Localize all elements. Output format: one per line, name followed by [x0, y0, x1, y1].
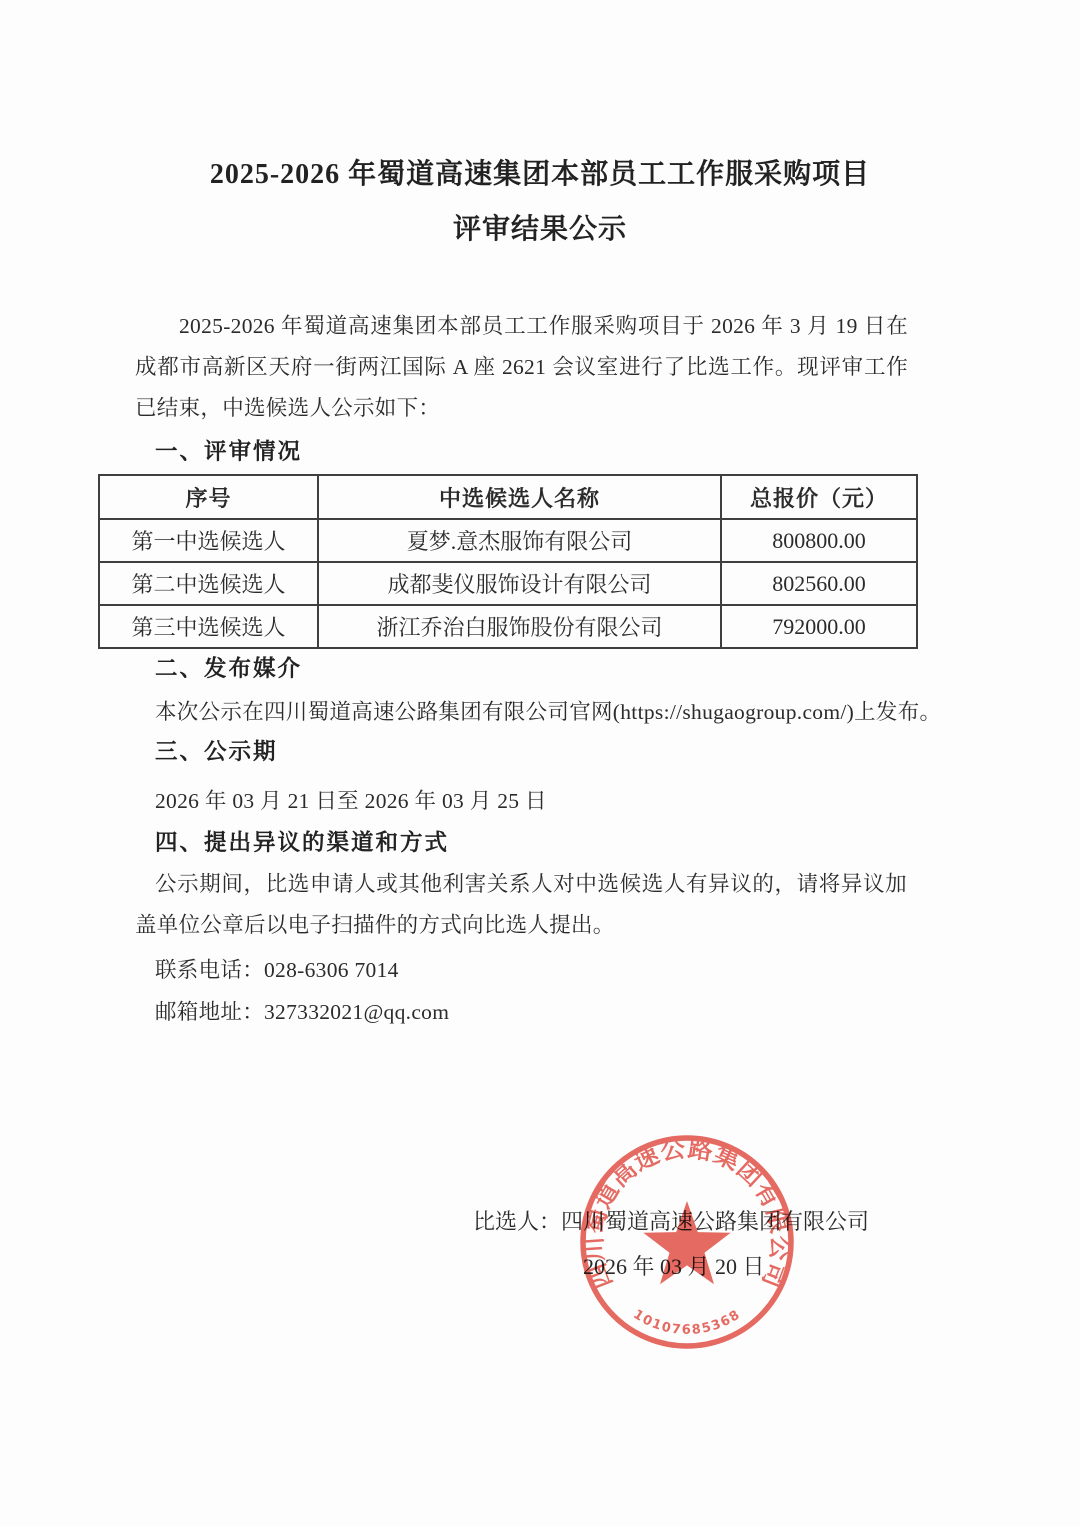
section3-heading: 三、公示期 [155, 737, 278, 767]
seal-ring [583, 1138, 791, 1346]
contact-phone: 联系电话：028-6306 7014 [155, 955, 399, 985]
section2-body: 本次公示在四川蜀道高速公路集团有限公司官网(https://shugaogrou… [155, 697, 941, 727]
candidate-rank: 第三中选候选人 [99, 605, 318, 648]
candidate-name: 夏梦.意杰服饰有限公司 [318, 519, 721, 562]
contact-email: 邮箱地址：327332021@qq.com [155, 997, 449, 1027]
candidate-price: 802560.00 [721, 562, 917, 605]
candidate-name: 成都斐仪服饰设计有限公司 [318, 562, 721, 605]
signature-party: 比选人：四川蜀道高速公路集团有限公司 [473, 1207, 869, 1237]
header-candidate-name: 中选候选人名称 [318, 475, 721, 519]
candidate-price: 792000.00 [721, 605, 917, 648]
document-title-line1: 2025-2026 年蜀道高速集团本部员工工作服采购项目 [0, 158, 1080, 192]
table-row: 第一中选候选人 夏梦.意杰服饰有限公司 800800.00 [99, 519, 917, 562]
evaluation-result-table: 序号 中选候选人名称 总报价（元） 第一中选候选人 夏梦.意杰服饰有限公司 80… [98, 474, 918, 649]
intro-paragraph: 2025-2026 年蜀道高速集团本部员工工作服采购项目于 2026 年 3 月… [135, 306, 908, 429]
candidate-rank: 第一中选候选人 [99, 519, 318, 562]
candidate-rank: 第二中选候选人 [99, 562, 318, 605]
section2-heading: 二、发布媒介 [155, 654, 302, 684]
document-title-line2: 评审结果公示 [0, 213, 1080, 247]
header-total-price: 总报价（元） [721, 475, 917, 519]
section4-heading: 四、提出异议的渠道和方式 [155, 828, 449, 858]
table-row: 第三中选候选人 浙江乔治白服饰股份有限公司 792000.00 [99, 605, 917, 648]
candidate-name: 浙江乔治白服饰股份有限公司 [318, 605, 721, 648]
svg-text:5101076853684: 5101076853684 [0, 0, 744, 1338]
seal-serial-number: 5101076853684 [0, 0, 744, 1338]
table-header-row: 序号 中选候选人名称 总报价（元） [99, 475, 917, 519]
signature-date: 2026 年 03 月 20 日 [583, 1252, 765, 1282]
table-row: 第二中选候选人 成都斐仪服饰设计有限公司 802560.00 [99, 562, 917, 605]
section1-heading: 一、评审情况 [155, 437, 302, 467]
publicity-period: 2026 年 03 月 21 日至 2026 年 03 月 25 日 [155, 786, 547, 816]
candidate-price: 800800.00 [721, 519, 917, 562]
header-rank: 序号 [99, 475, 318, 519]
section4-body: 公示期间，比选申请人或其他利害关系人对中选候选人有异议的，请将异议加盖单位公章后… [135, 864, 907, 946]
announcement-document: 2025-2026 年蜀道高速集团本部员工工作服采购项目 评审结果公示 2025… [0, 0, 1080, 1527]
